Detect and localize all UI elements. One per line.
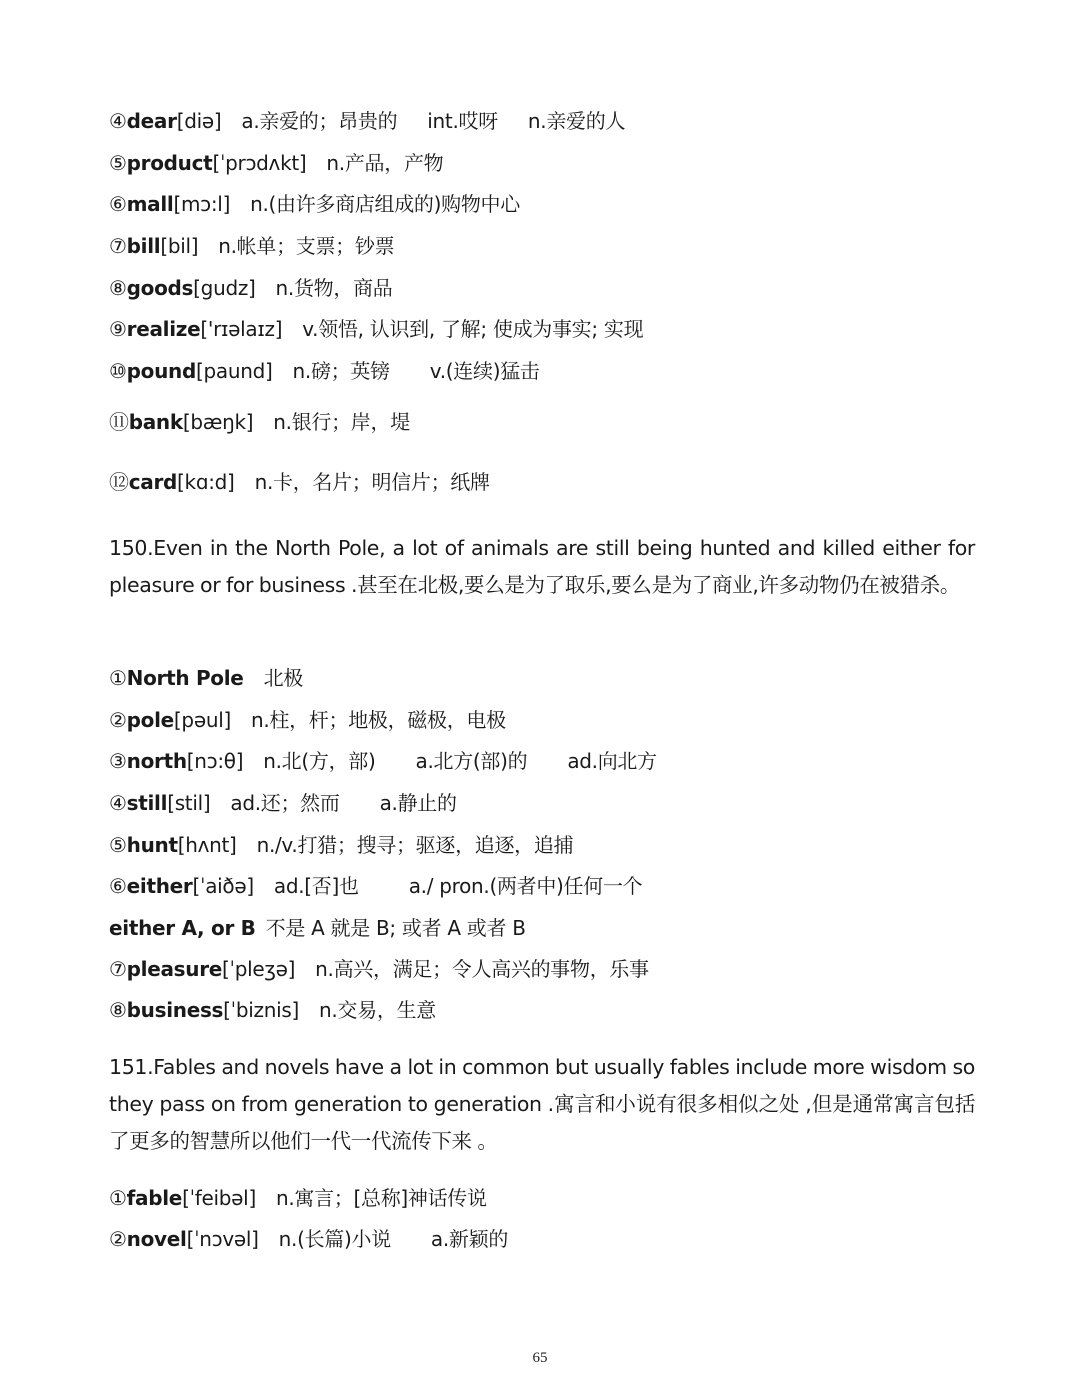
entry-number: ⑨ — [109, 317, 127, 341]
vocab-phrase-either-or: either A, or B不是 A 就是 B; 或者 A 或者 B — [109, 915, 526, 941]
vocab-entry-either: ⑥either[ˈaiðə]ad.[否]也a./ pron.(两者中)任何一个 — [109, 873, 642, 899]
entry-definition: 北极 — [264, 665, 303, 691]
sentence-151: 151.Fables and novels have a lot in comm… — [109, 1049, 975, 1160]
entry-definition: n.(由许多商店组成的)购物中心 — [250, 191, 520, 217]
entry-number: ② — [109, 1227, 127, 1251]
entry-word: north — [127, 749, 187, 773]
entry-definition: n.货物，商品 — [276, 275, 393, 301]
entry-definition: int.哎呀 — [427, 108, 498, 134]
vocab-entry-pleasure: ⑦pleasure[ˈpleʒə]n.高兴，满足；令人高兴的事物，乐事 — [109, 956, 649, 982]
entry-phonetic: [pəul] — [174, 708, 231, 732]
vocab-entry-north-pole: ①North Pole北极 — [109, 665, 303, 691]
vocab-entry-still: ④still[stil]ad.还；然而a.静止的 — [109, 790, 457, 816]
entry-phonetic: [stil] — [167, 791, 210, 815]
entry-number: ⑧ — [109, 276, 127, 300]
entry-phonetic: [bil] — [160, 234, 198, 258]
entry-number: ⑦ — [109, 957, 127, 981]
entry-definition: n.寓言；[总称]神话传说 — [276, 1185, 487, 1211]
entry-phonetic: [ˈaiðə] — [193, 874, 254, 898]
vocab-entry-pole: ②pole[pəul]n.柱，杆；地极，磁极，电极 — [109, 707, 506, 733]
entry-phonetic: [paund] — [196, 359, 273, 383]
entry-definition: a.亲爱的；昂贵的 — [241, 108, 397, 134]
entry-definition: v.(连续)猛击 — [430, 358, 540, 384]
entry-definition: ad.还；然而 — [230, 790, 339, 816]
entry-phonetic: [hʌnt] — [178, 833, 237, 857]
entry-phonetic: [ˈnɔvəl] — [187, 1227, 259, 1251]
entry-word: mall — [127, 192, 174, 216]
entry-word: realize — [127, 317, 201, 341]
entry-number: ③ — [109, 749, 127, 773]
entry-definition: ad.[否]也 — [274, 873, 359, 899]
entry-phonetic: [diə] — [177, 109, 222, 133]
entry-word: product — [127, 151, 213, 175]
entry-word: either — [127, 874, 193, 898]
entry-definition: a.北方(部)的 — [416, 748, 528, 774]
entry-word: fable — [127, 1186, 182, 1210]
entry-word: card — [129, 470, 177, 494]
entry-definition: n.北(方，部) — [263, 748, 375, 774]
entry-definition: n./v.打猎；搜寻；驱逐，追逐，追捕 — [257, 832, 574, 858]
vocab-entry-dear: ④dear[diə]a.亲爱的；昂贵的int.哎呀n.亲爱的人 — [109, 108, 625, 134]
entry-definition: 不是 A 就是 B; 或者 A 或者 B — [266, 915, 526, 941]
vocab-entry-novel: ②novel[ˈnɔvəl]n.(长篇)小说a.新颖的 — [109, 1226, 508, 1252]
entry-word: hunt — [127, 833, 178, 857]
entry-word: pole — [127, 708, 174, 732]
entry-word: still — [127, 791, 168, 815]
entry-phonetic: [ˈbiznis] — [223, 998, 299, 1022]
entry-number: ⑤ — [109, 151, 127, 175]
entry-definition: n.柱，杆；地极，磁极，电极 — [251, 707, 506, 733]
entry-definition: n.高兴，满足；令人高兴的事物，乐事 — [315, 956, 649, 982]
entry-word: pound — [127, 359, 196, 383]
page-number: 65 — [0, 1350, 1080, 1367]
entry-definition: a./ pron.(两者中)任何一个 — [409, 873, 643, 899]
entry-number: ⑪ — [109, 410, 129, 434]
entry-number: ⑦ — [109, 234, 127, 258]
vocab-entry-bank: ⑪bank[bæŋk]n.银行；岸，堤 — [109, 409, 410, 435]
entry-definition: n.(长篇)小说 — [279, 1226, 391, 1252]
vocab-entry-hunt: ⑤hunt[hʌnt]n./v.打猎；搜寻；驱逐，追逐，追捕 — [109, 832, 573, 858]
entry-word: goods — [127, 276, 194, 300]
entry-definition: n.亲爱的人 — [528, 108, 625, 134]
entry-definition: a.静止的 — [380, 790, 457, 816]
entry-word: novel — [127, 1227, 187, 1251]
entry-number: ② — [109, 708, 127, 732]
entry-number: ⑫ — [109, 470, 129, 494]
entry-phonetic: [nɔ:θ] — [187, 749, 243, 773]
entry-phonetic: [ˈpleʒə] — [222, 957, 295, 981]
vocab-entry-card: ⑫card[kɑ:d]n.卡，名片；明信片；纸牌 — [109, 469, 490, 495]
vocab-entry-bill: ⑦bill[bil]n.帐单；支票；钞票 — [109, 233, 394, 259]
entry-phonetic: [bæŋk] — [183, 410, 253, 434]
document-page: ④dear[diə]a.亲爱的；昂贵的int.哎呀n.亲爱的人 ⑤product… — [0, 0, 1080, 1397]
entry-definition: n.帐单；支票；钞票 — [218, 233, 394, 259]
entry-word: either A, or B — [109, 916, 256, 940]
vocab-entry-realize: ⑨realize['rɪəlaɪz]v.领悟, 认识到, 了解; 使成为事实; … — [109, 316, 643, 342]
vocab-entry-pound: ⑩pound[paund]n.磅；英镑v.(连续)猛击 — [109, 358, 540, 384]
entry-number: ④ — [109, 109, 127, 133]
entry-number: ① — [109, 666, 127, 690]
entry-definition: a.新颖的 — [431, 1226, 508, 1252]
vocab-entry-product: ⑤product[ˈprɔdʌkt]n.产品，产物 — [109, 150, 443, 176]
entry-definition: n.磅；英镑 — [293, 358, 390, 384]
vocab-entry-mall: ⑥mall[mɔ:l]n.(由许多商店组成的)购物中心 — [109, 191, 520, 217]
vocab-entry-business: ⑧business[ˈbiznis]n.交易，生意 — [109, 997, 436, 1023]
entry-word: business — [127, 998, 224, 1022]
entry-definition: n.交易，生意 — [319, 997, 436, 1023]
entry-word: bill — [127, 234, 161, 258]
sentence-150: 150.Even in the North Pole, a lot of ani… — [109, 530, 975, 604]
entry-number: ④ — [109, 791, 127, 815]
entry-number: ⑥ — [109, 874, 127, 898]
entry-phonetic: ['rɪəlaɪz] — [200, 317, 282, 341]
entry-phonetic: [ˈprɔdʌkt] — [212, 151, 306, 175]
entry-phonetic: [ˈfeibəl] — [182, 1186, 256, 1210]
entry-phonetic: [gudz] — [193, 276, 255, 300]
entry-number: ⑩ — [109, 359, 127, 383]
entry-definition: n.产品，产物 — [326, 150, 443, 176]
entry-word: North Pole — [127, 666, 244, 690]
entry-number: ⑧ — [109, 998, 127, 1022]
entry-definition: n.银行；岸，堤 — [273, 409, 410, 435]
entry-number: ① — [109, 1186, 127, 1210]
vocab-entry-goods: ⑧goods[gudz]n.货物，商品 — [109, 275, 392, 301]
entry-definition: n.卡，名片；明信片；纸牌 — [255, 469, 490, 495]
entry-word: pleasure — [127, 957, 222, 981]
entry-number: ⑤ — [109, 833, 127, 857]
vocab-entry-fable: ①fable[ˈfeibəl]n.寓言；[总称]神话传说 — [109, 1185, 487, 1211]
entry-definition: v.领悟, 认识到, 了解; 使成为事实; 实现 — [302, 316, 643, 342]
entry-phonetic: [kɑ:d] — [177, 470, 235, 494]
vocab-entry-north: ③north[nɔ:θ]n.北(方，部)a.北方(部)的ad.向北方 — [109, 748, 657, 774]
entry-definition: ad.向北方 — [567, 748, 657, 774]
entry-word: dear — [127, 109, 177, 133]
entry-phonetic: [mɔ:l] — [174, 192, 231, 216]
entry-word: bank — [129, 410, 183, 434]
entry-number: ⑥ — [109, 192, 127, 216]
